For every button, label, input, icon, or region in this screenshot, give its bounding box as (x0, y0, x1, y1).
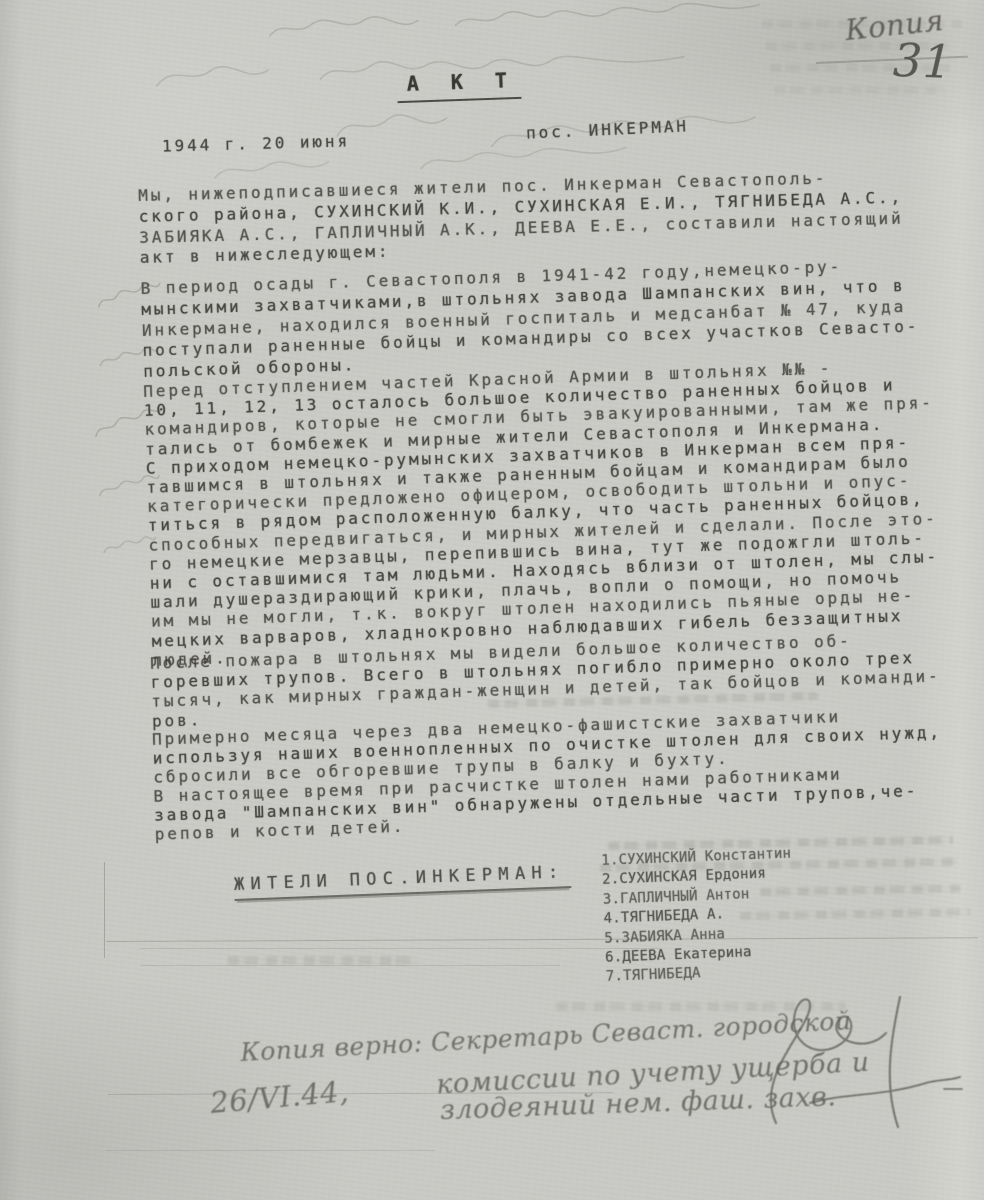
bleedthrough-artifact (762, 20, 962, 28)
scanned-document-page: Копия 31 А К Т 1944 г. 20 июня пос. ИНКЕ… (0, 0, 984, 1200)
bleedthrough-artifact (770, 64, 950, 72)
residents-label: ЖИТЕЛИ ПОС.ИНКЕРМАН: (234, 862, 571, 901)
pencil-scribble (265, 0, 766, 46)
residents-section: ЖИТЕЛИ ПОС.ИНКЕРМАН: 1.СУХИНСКИЙ Констан… (233, 835, 834, 901)
scratch-line (105, 1150, 435, 1151)
bleedthrough-artifact (766, 42, 956, 50)
scratch-line (140, 965, 560, 966)
scratch-line (106, 937, 978, 942)
document-title-text: А К Т (396, 68, 521, 103)
document-title: А К Т (392, 68, 525, 104)
scratch-line (140, 948, 660, 949)
fold-line (104, 862, 105, 958)
signature-flourish (748, 985, 968, 1135)
certification-date: 26/VI.44, (209, 1074, 350, 1120)
bleedthrough-artifact (228, 956, 418, 965)
paragraph-3: Перед отступлением частей Красной Армии … (143, 355, 942, 670)
residents-list: 1.СУХИНСКИЙ Константин2.СУХИНСКАЯ Ердони… (601, 845, 796, 988)
bleedthrough-artifact (774, 86, 944, 94)
